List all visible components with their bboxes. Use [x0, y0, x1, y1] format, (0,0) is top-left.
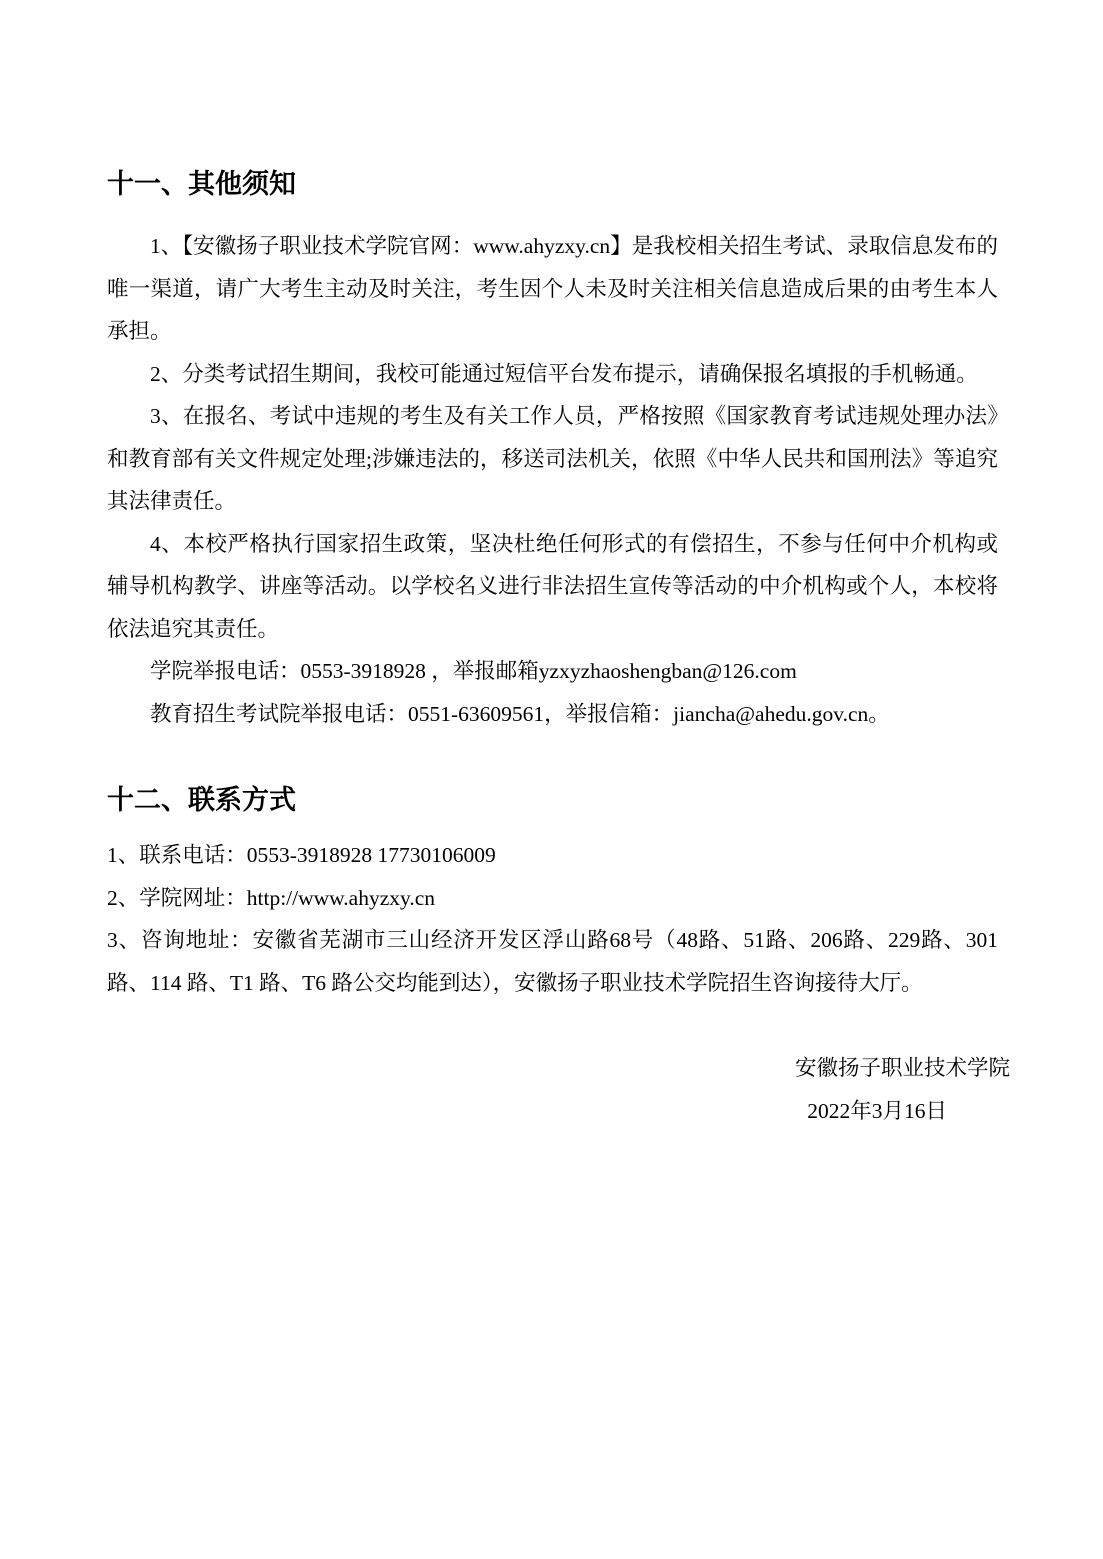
document-content: 十一、其他须知 1、【安徽扬子职业技术学院官网：www.ahyzxy.cn】是我…	[0, 0, 1103, 1132]
section-contact-title: 十二、联系方式	[107, 785, 998, 815]
signature-name: 安徽扬子职业技术学院	[107, 1047, 1010, 1090]
other-notes-paragraph-2: 2、分类考试招生期间，我校可能通过短信平台发布提示，请确保报名填报的手机畅通。	[107, 353, 998, 396]
document-page: 十一、其他须知 1、【安徽扬子职业技术学院官网：www.ahyzxy.cn】是我…	[0, 0, 1103, 1559]
contact-address-item: 3、咨询地址：安徽省芜湖市三山经济开发区浮山路68号（48路、51路、206路、…	[107, 919, 998, 1004]
section-other-notes-title: 十一、其他须知	[107, 169, 998, 199]
other-notes-paragraph-4: 4、本校严格执行国家招生政策，坚决杜绝任何形式的有偿招生，不参与任何中介机构或辅…	[107, 523, 998, 651]
exam-authority-report-hotline-line: 教育招生考试院举报电话：0551-63609561，举报信箱：jiancha@a…	[107, 693, 998, 736]
signature-date: 2022年3月16日	[107, 1090, 947, 1133]
other-notes-paragraph-1: 1、【安徽扬子职业技术学院官网：www.ahyzxy.cn】是我校相关招生考试、…	[107, 225, 998, 353]
contact-website-item: 2、学院网址：http://www.ahyzxy.cn	[107, 877, 998, 920]
other-notes-paragraph-3: 3、在报名、考试中违规的考生及有关工作人员，严格按照《国家教育考试违规处理办法》…	[107, 395, 998, 523]
contact-phone-item: 1、联系电话：0553-3918928 17730106009	[107, 834, 998, 877]
college-report-hotline-line: 学院举报电话：0553-3918928 ，举报邮箱yzxyzhaoshengba…	[107, 650, 998, 693]
